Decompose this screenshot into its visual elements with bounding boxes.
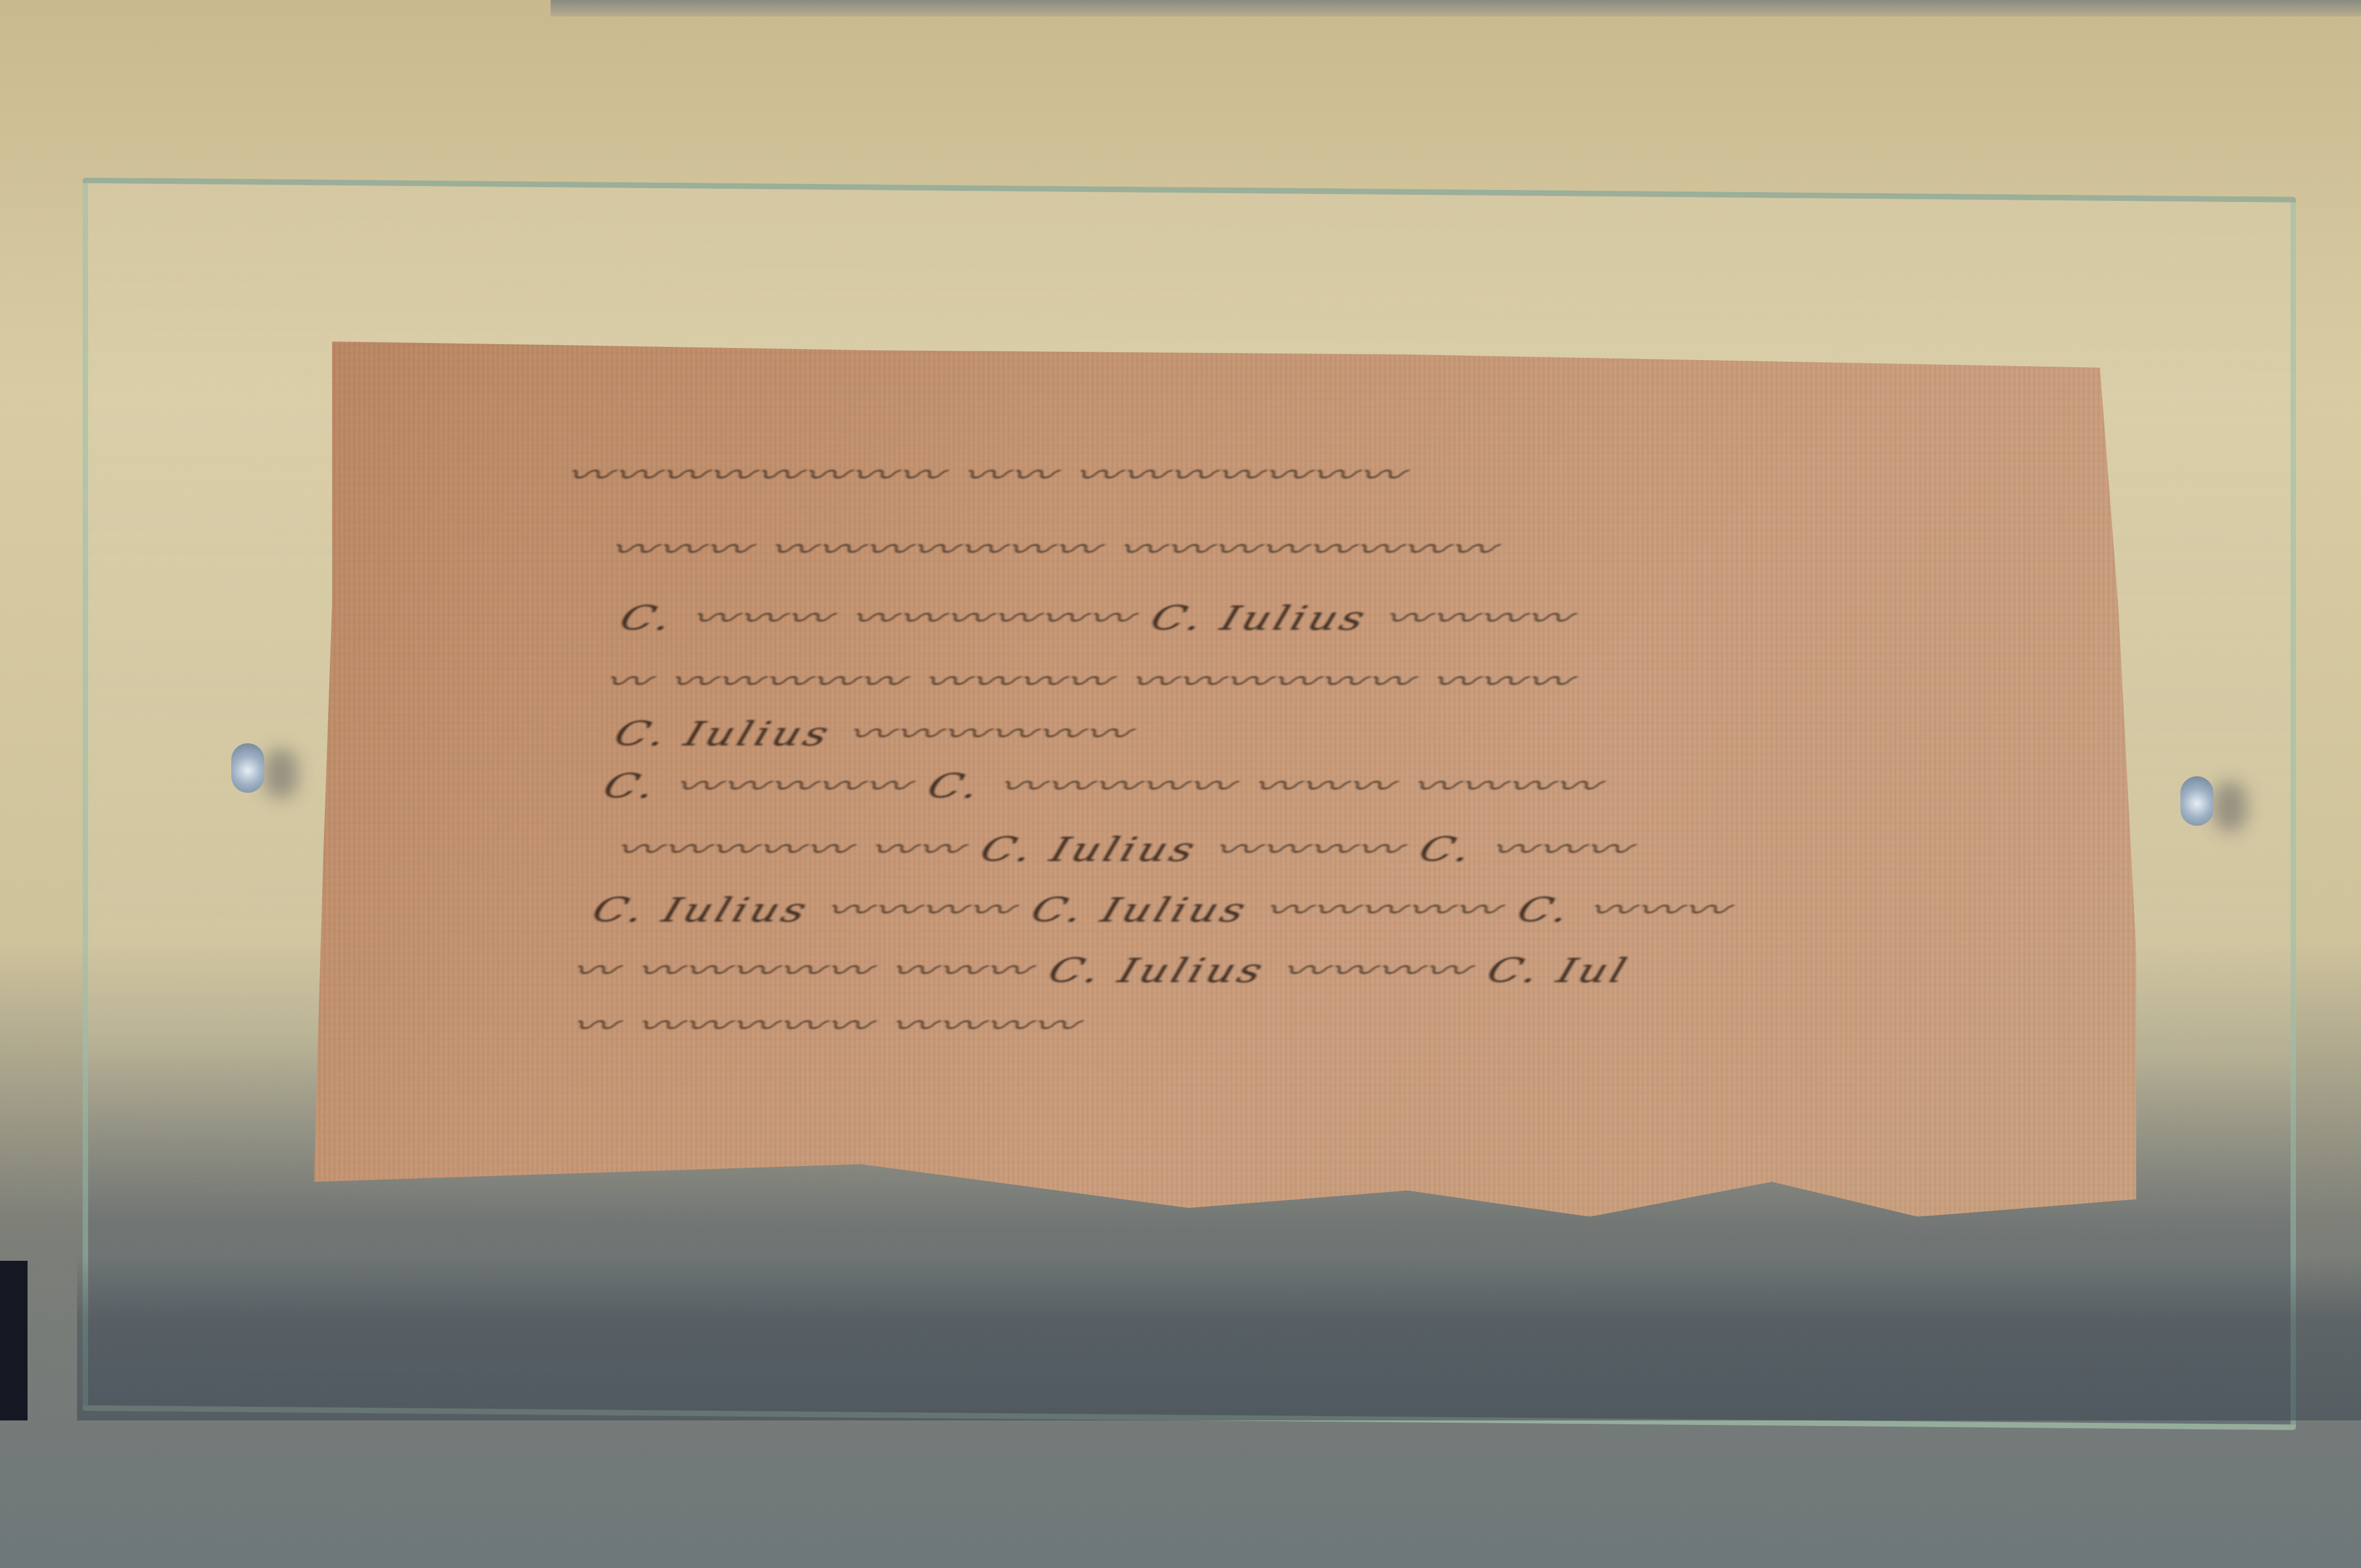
script-line-7: 〰〰〰〰〰 〰〰 C. Iulius 〰〰〰〰 C. 〰〰〰 <box>609 823 1641 870</box>
frame-top-edge <box>551 0 2361 17</box>
script-line-5: C. Iulius 〰〰〰〰〰〰 <box>609 707 1141 754</box>
script-line-6: C. 〰〰〰〰〰 C. 〰〰〰〰〰 〰〰〰 〰〰〰〰 <box>598 759 1611 807</box>
script-line-3: C. 〰〰〰 〰〰〰〰〰〰 C. Iulius 〰〰〰〰 <box>614 591 1582 639</box>
script-line-4: 〰 〰〰〰〰〰 〰〰〰〰 〰〰〰〰〰〰 〰〰〰 <box>598 655 1582 702</box>
script-line-1: 〰〰〰〰〰〰〰〰 〰〰 〰〰〰〰〰〰〰 <box>559 448 1415 496</box>
mounting-pin-right <box>2180 776 2213 826</box>
shadow-band <box>77 1255 2361 1420</box>
script-line-10: 〰 〰〰〰〰〰 〰〰〰〰 <box>565 999 1089 1046</box>
script-line-2: 〰〰〰 〰〰〰〰〰〰〰 〰〰〰〰〰〰〰〰 <box>603 522 1506 570</box>
script-line-8: C. Iulius 〰〰〰〰 C. Iulius 〰〰〰〰〰 C. 〰〰〰 <box>587 883 1739 930</box>
mounting-pin-left <box>231 743 264 793</box>
dark-wall-object <box>0 1261 28 1420</box>
script-line-9: 〰 〰〰〰〰〰 〰〰〰 C. Iulius 〰〰〰〰 C. Iul <box>565 944 1637 991</box>
